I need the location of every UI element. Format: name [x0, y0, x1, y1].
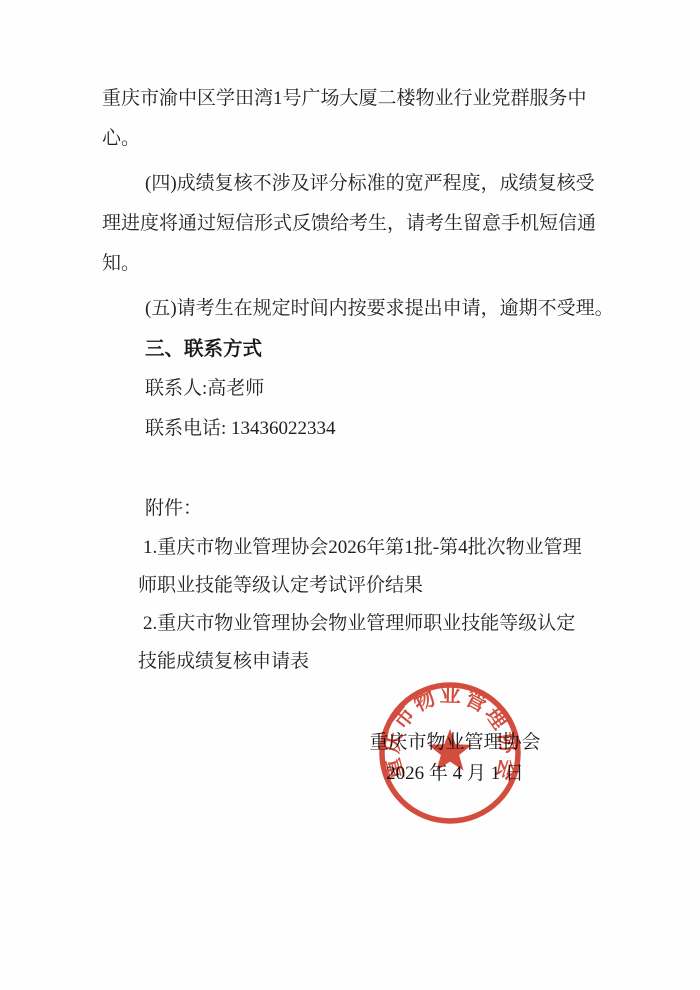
paragraph-line: 理进度将通过短信形式反馈给考生，请考生留意手机短信通 [102, 204, 624, 244]
attachment-item: 2.重庆市物业管理协会物业管理师职业技能等级认定 [102, 605, 624, 643]
star-icon [428, 729, 472, 771]
contact-phone: 联系电话: 13436022334 [102, 409, 624, 449]
document-body: 重庆市渝中区学田湾1号广场大厦二楼物业行业党群服务中 心。 (四)成绩复核不涉及… [102, 79, 624, 681]
attachment-item-wrap: 技能成绩复核申请表 [102, 643, 624, 681]
section-heading-contact: 三、联系方式 [102, 329, 624, 369]
attachments-list: 1.重庆市物业管理协会2026年第1批-第4批次物业管理 师职业技能等级认定考试… [102, 529, 624, 681]
attachment-item-wrap: 师职业技能等级认定考试评价结果 [102, 567, 624, 605]
paragraph-line: 重庆市渝中区学田湾1号广场大厦二楼物业行业党群服务中 [102, 79, 624, 119]
attachments-label: 附件： [102, 489, 624, 529]
document-page: 重庆市渝中区学田湾1号广场大厦二楼物业行业党群服务中 心。 (四)成绩复核不涉及… [0, 0, 700, 990]
paragraph-line: (四)成绩复核不涉及评分标准的宽严程度，成绩复核受 [102, 164, 624, 204]
contact-person: 联系人:高老师 [102, 369, 624, 409]
paragraph-line: (五)请考生在规定时间内按要求提出申请，逾期不受理。 [102, 289, 624, 329]
official-seal: 重庆市物业管理协会 [377, 680, 523, 826]
paragraph-line: 知。 [102, 244, 624, 284]
paragraph-line: 心。 [102, 119, 624, 159]
attachment-item: 1.重庆市物业管理协会2026年第1批-第4批次物业管理 [102, 529, 624, 567]
